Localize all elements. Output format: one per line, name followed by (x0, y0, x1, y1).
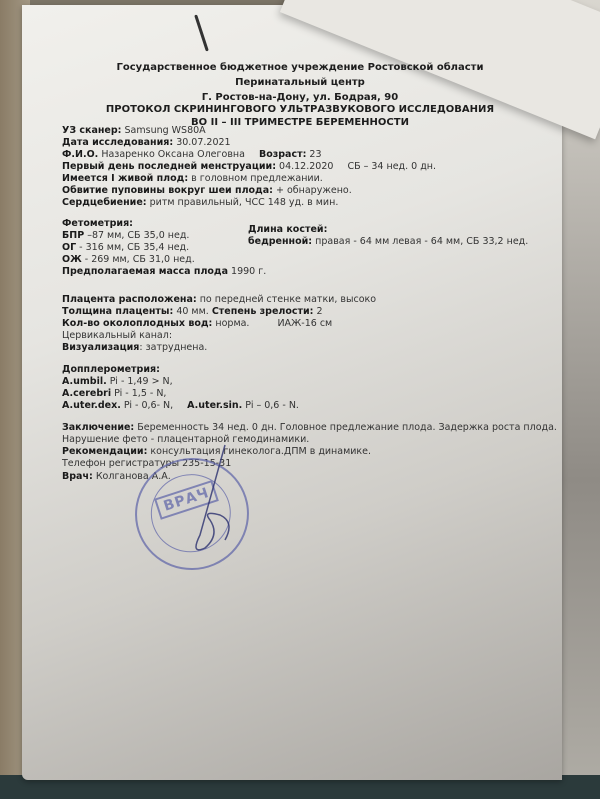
fetometry-title: Фетометрия: (62, 218, 133, 229)
placenta-location-line: Плацента расположена: по передней стенке… (62, 294, 376, 305)
lmp-line: Первый день последней менструации: 04.12… (62, 161, 436, 172)
placenta-thickness-line: Толщина плаценты: 40 мм. Степень зрелост… (62, 306, 323, 317)
amniotic-fluid-line: Кол-во околоплодных вод: норма.ИАЖ-16 см (62, 318, 332, 329)
fetal-mass-line: Предполагаемая масса плода 1990 г. (62, 266, 266, 277)
date-line: Дата исследования: 30.07.2021 (62, 137, 231, 148)
ultrasound-protocol: Государственное бюджетное учреждение Рос… (0, 0, 600, 799)
address: Г. Ростов-на-Дону, ул. Бодрая, 90 (100, 92, 500, 103)
doppler-title: Допплерометрия: (62, 364, 160, 375)
umbil-line: A.umbil. Pi - 1,49 > N, (62, 376, 173, 387)
visualization-line: Визуализация: затруднена. (62, 342, 207, 353)
bpr-line: БПР –87 мм, СБ 35,0 нед. (62, 230, 189, 241)
og-line: ОГ - 316 мм, СБ 35,4 нед. (62, 242, 189, 253)
heartbeat-line: Сердцебиение: ритм правильный, ЧСС 148 у… (62, 197, 338, 208)
conclusion-line: Заключение: Беременность 34 нед. 0 дн. Г… (62, 422, 557, 433)
institution-name: Государственное бюджетное учреждение Рос… (100, 62, 500, 73)
bones-title: Длина костей: (248, 224, 327, 235)
scanner-line: УЗ сканер: Samsung WS80A (62, 125, 206, 136)
ozh-line: ОЖ - 269 мм, СБ 31,0 нед. (62, 254, 195, 265)
protocol-title: ПРОТОКОЛ СКРИНИНГОВОГО УЛЬТРАЗВУКОВОГО И… (90, 104, 510, 115)
cerebri-line: A.cerebri Pi - 1,5 - N, (62, 388, 166, 399)
center-name: Перинатальный центр (100, 77, 500, 88)
name-line: Ф.И.О. Назаренко Оксана ОлеговнаВозраст:… (62, 149, 322, 160)
signature-icon (180, 440, 240, 560)
cord-line: Обвитие пуповины вокруг шеи плода: + обн… (62, 185, 352, 196)
fetus-line: Имеется I живой плод: в головном предлеж… (62, 173, 323, 184)
uter-line: A.uter.dex. Pi - 0,6- N,A.uter.sin. Pi –… (62, 400, 299, 411)
femur-line: бедренной: правая - 64 мм левая - 64 мм,… (248, 236, 528, 247)
cervical-canal-line: Цервикальный канал: (62, 330, 172, 341)
